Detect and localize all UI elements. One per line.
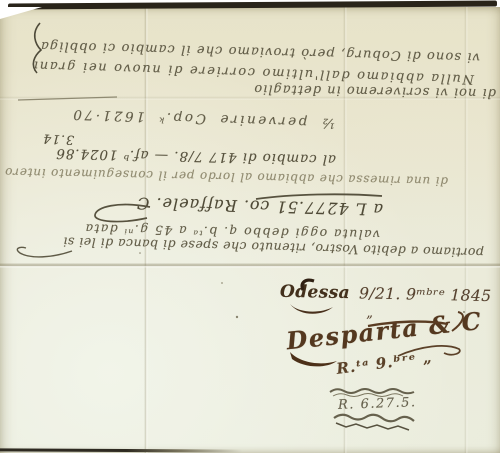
dateline-date: 9/21. 9ᵐᵇʳᵉ 1845: [359, 284, 492, 305]
dateline-place: Odessa: [280, 282, 350, 303]
scan-background-strip: [0, 453, 500, 461]
scanned-letter: vi sono di Coburg, però troviamo che il …: [0, 0, 500, 461]
